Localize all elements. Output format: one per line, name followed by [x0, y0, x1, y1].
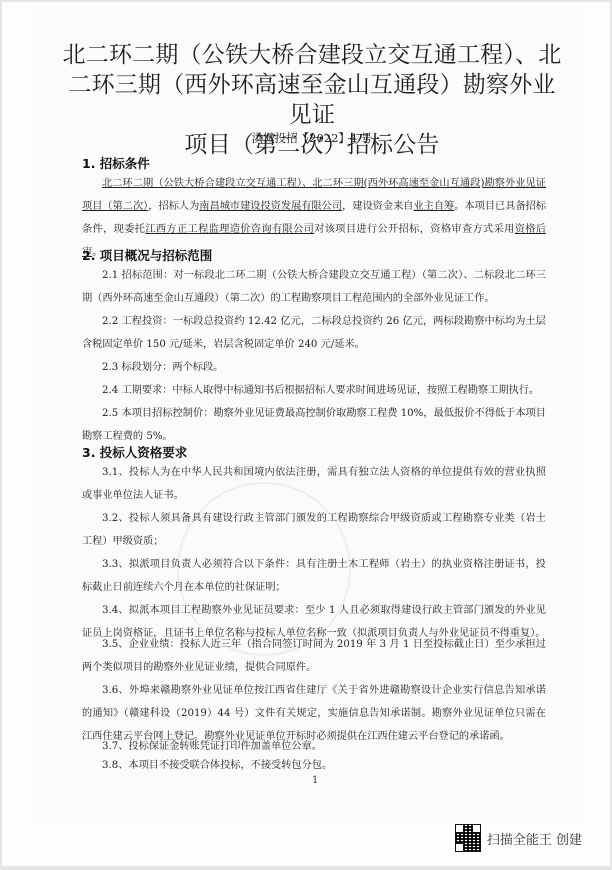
clause-3-2: 3.2、投标人须具备具有建设行政主管部门颁发的工程勘察综合甲级资质或工程勘察专业… — [82, 507, 546, 553]
clause-2-5: 2.5 本项目招标控制价：勘察外业见证费最高控制价取勘察工程费 10%，最低报价… — [82, 402, 546, 448]
text-run: ，招标人为 — [148, 201, 199, 212]
clause-3-5: 3.5、企业业绩：投标人近三年（指合同签订时间为 2019 年 3 月 1 日至… — [82, 633, 546, 679]
watermark-text: 扫描全能王 创建 — [487, 829, 582, 848]
section-3-heading: 3. 投标人资格要求 — [82, 443, 187, 461]
document-number: 洪城投招【2022】4 号 — [62, 130, 562, 146]
clause-2-3: 2.3 标段划分：两个标段。 — [82, 356, 546, 379]
section-1-heading: 1. 招标条件 — [82, 154, 150, 172]
camscanner-watermark: 扫描全能王 创建 — [455, 824, 582, 852]
document-page: 北二环二期（公铁大桥合建段立交互通工程）、北 二环三期（西外环高速至金山互通段）… — [2, 2, 610, 866]
agency-name: 江西方正工程监理造价咨询有限公司 — [145, 224, 314, 235]
title-line-1: 北二环二期（公铁大桥合建段立交互通工程）、北 — [62, 40, 562, 70]
title-line-2: 二环三期（西外环高速至金山互通段）勘察外业见证 — [62, 70, 562, 130]
tenderer-name: 南昌城市建设投资发展有限公司 — [199, 201, 342, 212]
clause-2-1: 2.1 招标范围：对一标段北二环二期（公铁大桥合建段立交互通工程）（第二次）、二… — [82, 264, 546, 310]
clause-3-8: 3.8、本项目不接受联合体投标，不接受转包分包。 — [82, 754, 546, 777]
text-run: ，建设资金来自 — [342, 201, 413, 212]
section-2-heading: 2. 项目概况与招标范围 — [82, 246, 212, 264]
page-number: 1 — [312, 775, 318, 786]
clause-2-2: 2.2 工程投资：一标段总投资约 12.42 亿元，二标段总投资约 26 亿元，… — [82, 310, 546, 356]
funding-source: 业主自筹 — [413, 201, 454, 212]
qr-code-icon — [455, 824, 481, 852]
clause-3-1: 3.1、投标人为在中华人民共和国境内依法注册，需具有独立法人资格的单位提供有效的… — [82, 461, 546, 507]
text-run: 对该项目进行公开招标，资格审查方式采用 — [314, 224, 515, 235]
clause-2-4: 2.4 工期要求：中标人取得中标通知书后根据招标人要求时间进场见证，按照工程勘察… — [82, 379, 546, 402]
clause-3-3: 3.3、拟派项目负责人必须符合以下条件：具有注册土木工程师（岩土）的执业资格注册… — [82, 553, 546, 599]
